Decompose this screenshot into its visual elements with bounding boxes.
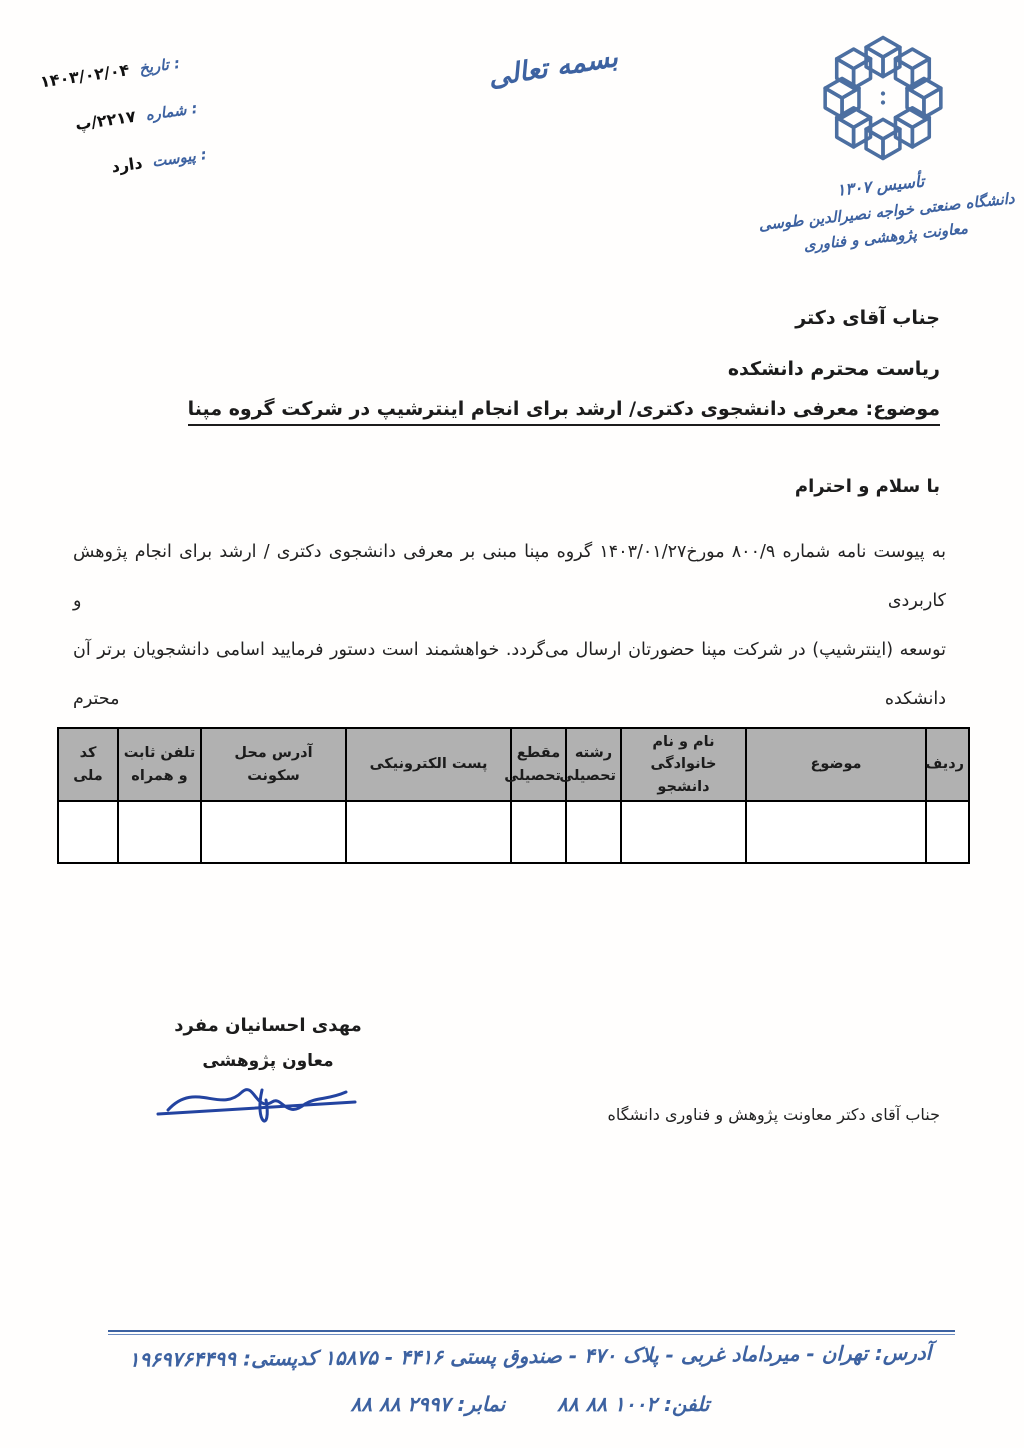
table-cell (346, 801, 511, 863)
header-national-id: کد ملی (58, 728, 118, 801)
signer-name: مهدی احسانیان مفرد (148, 1008, 388, 1044)
handwritten-signature-image (150, 1062, 370, 1132)
footer-phones: تلفن: ۱۰۰۲ ۸۸ ۸۸ نمابر: ۲۹۹۷ ۸۸ ۸۸ (250, 1392, 810, 1416)
fax-number: ۲۹۹۷ ۸۸ ۸۸ (351, 1392, 451, 1416)
number-label: شماره : (144, 97, 208, 123)
header-home-address: آدرس محل سکونت (201, 728, 346, 801)
date-label: تاریخ : (138, 51, 202, 77)
header-degree-level: مقطع تحصیلی (511, 728, 566, 801)
date-value: ۱۴۰۳/۰۲/۰۴ (16, 59, 140, 95)
header-field-of-study: رشته تحصیلی (566, 728, 621, 801)
recipient-block: جناب آقای دکتر ریاست محترم دانشکده (728, 293, 940, 395)
fax-label: نمابر: (457, 1392, 505, 1416)
footer-address: آدرس: تهران - میرداماد غربی - پلاک ۴۷۰ -… (90, 1340, 970, 1372)
header-subject: موضوع (746, 728, 926, 801)
attachment-value: دارد (29, 152, 153, 188)
table-cell (118, 801, 201, 863)
table-header-row: ردیف موضوع نام و نام خانوادگی دانشجو رشت… (58, 728, 969, 801)
table-cell (511, 801, 566, 863)
body-line-1: به پیوست نامه شماره ۸۰۰/۹ مورخ۱۴۰۳/۰۱/۲۷… (73, 528, 946, 626)
table-cell (58, 801, 118, 863)
header-phone: تلفن ثابت و همراه (118, 728, 201, 801)
table-cell (201, 801, 346, 863)
cc-line: جناب آقای دکتر معاونت پژوهش و فناوری دان… (608, 1105, 941, 1124)
table-cell (566, 801, 621, 863)
header-student-name: نام و نام خانوادگی دانشجو (621, 728, 746, 801)
subject-text: موضوع: معرفی دانشجوی دکتری/ ارشد برای ان… (188, 398, 940, 426)
body-line-2: توسعه (اینترشیپ) در شرکت مپنا حضورتان ار… (73, 626, 946, 724)
table-row (58, 801, 969, 863)
header-row-number: ردیف (926, 728, 969, 801)
letterhead: تأسیس ۱۳۰۷ دانشگاه صنعتی خواجه نصیرالدین… (758, 22, 1008, 246)
salutation-text: با سلام و احترام (795, 476, 940, 497)
students-table: ردیف موضوع نام و نام خانوادگی دانشجو رشت… (57, 727, 970, 864)
phone-number: ۱۰۰۲ ۸۸ ۸۸ (557, 1392, 657, 1416)
table-cell (621, 801, 746, 863)
subject-line: موضوع: معرفی دانشجوی دکتری/ ارشد برای ان… (188, 398, 940, 420)
phone-label: تلفن: (664, 1392, 710, 1416)
header-email: پست الکترونیکی (346, 728, 511, 801)
footer-divider (108, 1330, 955, 1335)
recipient-line1: جناب آقای دکتر (728, 293, 940, 344)
letterhead-text: تأسیس ۱۳۰۷ دانشگاه صنعتی خواجه نصیرالدین… (755, 163, 1011, 259)
number-value: ۲۲۱۷/پ (22, 105, 146, 141)
table-cell (926, 801, 969, 863)
attachment-label: پیوست : (151, 144, 215, 170)
university-logo-icon (794, 22, 972, 174)
recipient-line2: ریاست محترم دانشکده (728, 344, 940, 395)
table-cell (746, 801, 926, 863)
besmele-text: بسمه تعالی (447, 36, 659, 99)
meta-block: ۱۴۰۳/۰۲/۰۴ تاریخ : ۲۲۱۷/پ شماره : دارد پ… (14, 36, 217, 201)
letter-page: ۱۴۰۳/۰۲/۰۴ تاریخ : ۲۲۱۷/پ شماره : دارد پ… (0, 0, 1024, 1448)
